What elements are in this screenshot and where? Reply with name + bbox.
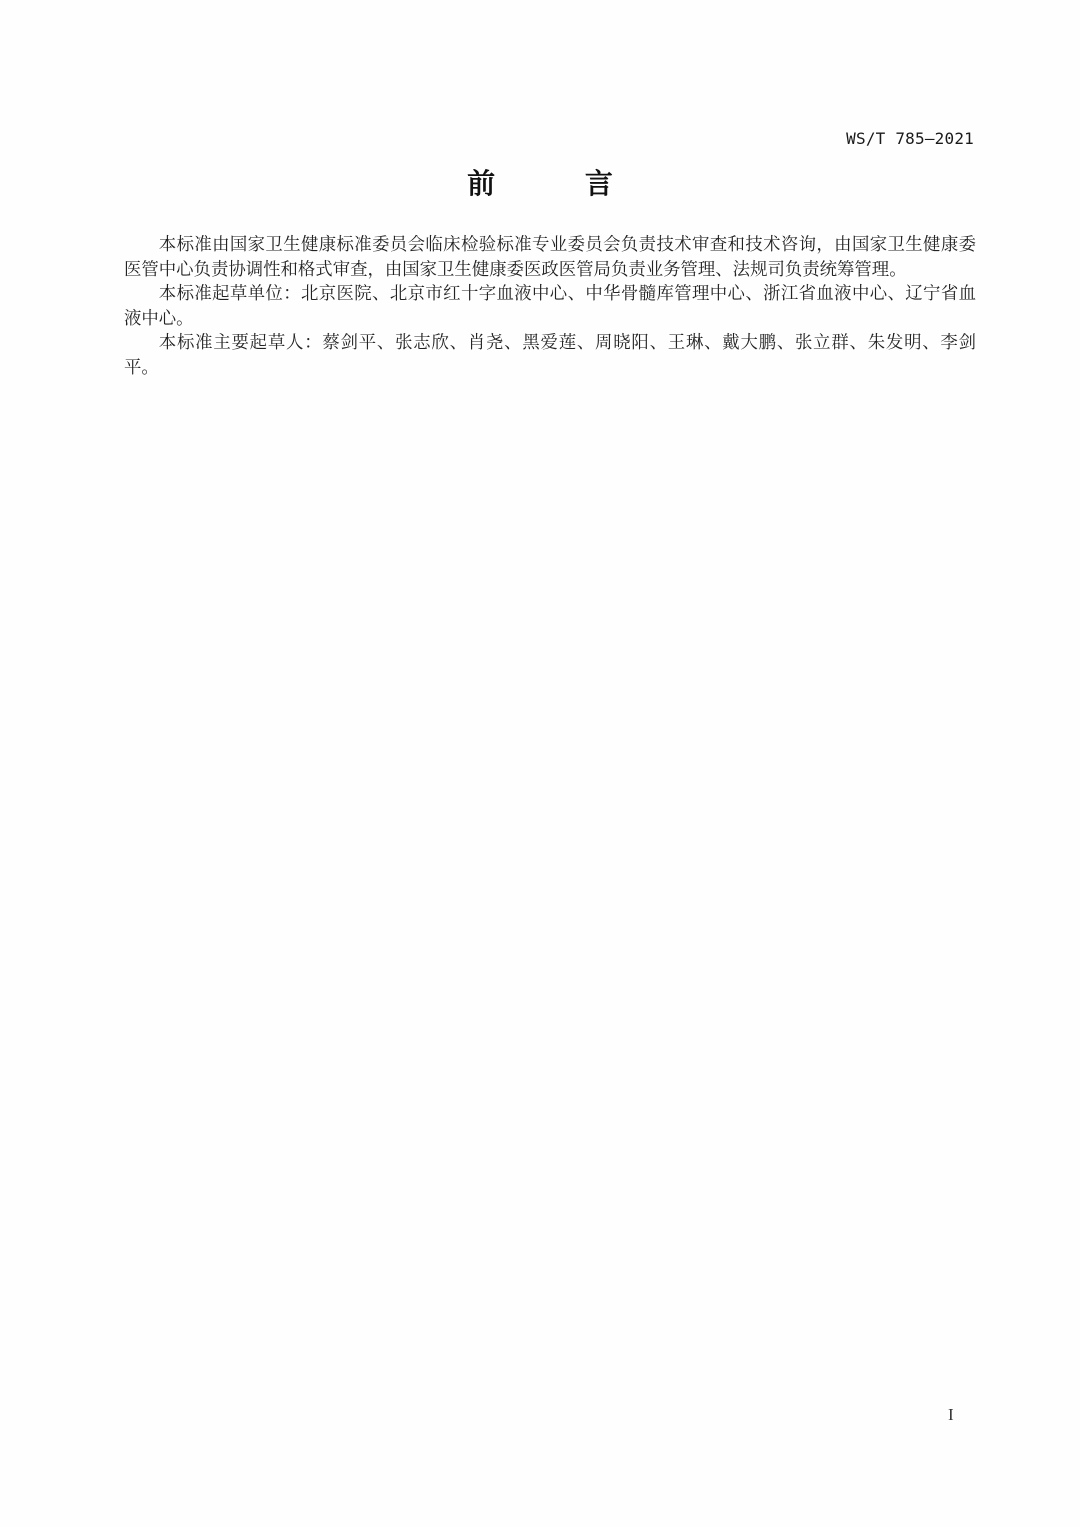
page-title: 前 言 xyxy=(0,162,1080,202)
page-number: I xyxy=(948,1405,954,1425)
standard-code: WS/T 785—2021 xyxy=(846,129,974,148)
foreword-body: 本标准由国家卫生健康标准委员会临床检验标准专业委员会负责技术审查和技术咨询，由国… xyxy=(124,233,976,380)
paragraph-review: 本标准由国家卫生健康标准委员会临床检验标准专业委员会负责技术审查和技术咨询，由国… xyxy=(124,233,976,282)
paragraph-drafters: 本标准主要起草人：蔡剑平、张志欣、肖尧、黑爱莲、周晓阳、王琳、戴大鹏、张立群、朱… xyxy=(124,331,976,380)
document-page: WS/T 785—2021 前 言 本标准由国家卫生健康标准委员会临床检验标准专… xyxy=(0,0,1080,1527)
paragraph-drafting-units: 本标准起草单位：北京医院、北京市红十字血液中心、中华骨髓库管理中心、浙江省血液中… xyxy=(124,282,976,331)
